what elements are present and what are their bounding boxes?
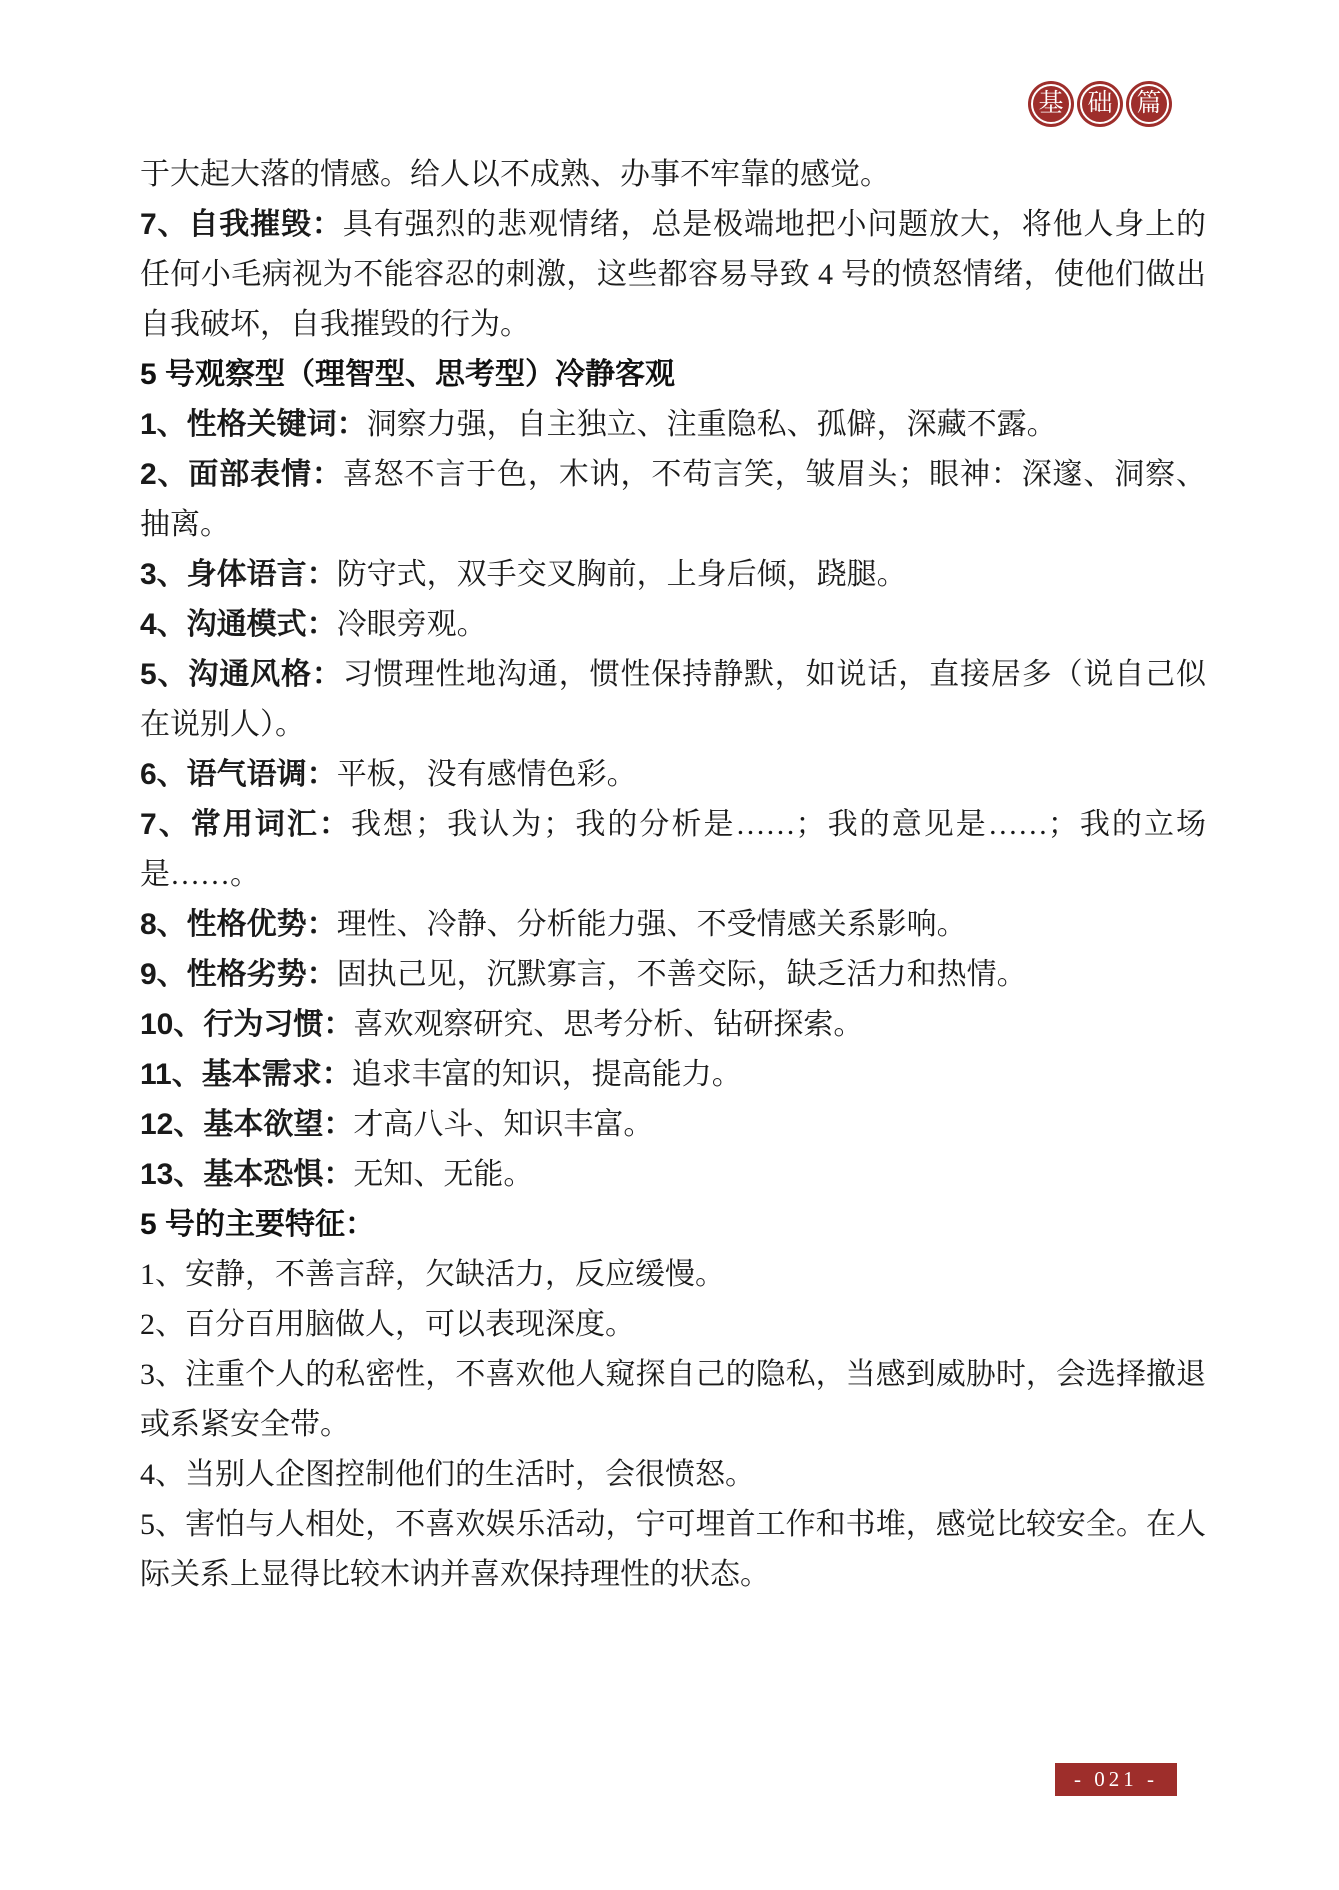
type5-item-2: 2、面部表情：喜怒不言于色，木讷，不苟言笑，皱眉头；眼神：深邃、洞察、抽离。 bbox=[140, 450, 1206, 550]
item-label: 9、性格劣势： bbox=[140, 958, 337, 991]
item-label: 5、沟通风格： bbox=[140, 658, 343, 691]
type5-item-10: 10、行为习惯：喜欢观察研究、思考分析、钻研探索。 bbox=[140, 1000, 1206, 1050]
item-label: 7、常用词汇： bbox=[140, 808, 351, 841]
item-label: 6、语气语调： bbox=[140, 758, 337, 791]
item-label: 1、性格关键词： bbox=[140, 408, 367, 441]
trait-item-1: 1、安静，不善言辞，欠缺活力，反应缓慢。 bbox=[140, 1250, 1206, 1300]
chapter-seal-char: 基 bbox=[1031, 84, 1071, 124]
type5-item-3: 3、身体语言：防守式，双手交叉胸前，上身后倾，跷腿。 bbox=[140, 550, 1206, 600]
type5-item-13: 13、基本恐惧：无知、无能。 bbox=[140, 1150, 1206, 1200]
item-text: 才高八斗、知识丰富。 bbox=[353, 1108, 653, 1141]
item-text: 喜欢观察研究、思考分析、钻研探索。 bbox=[353, 1008, 863, 1041]
item-text: 平板，没有感情色彩。 bbox=[337, 758, 637, 791]
trait-item-4: 4、当别人企图控制他们的生活时，会很愤怒。 bbox=[140, 1450, 1206, 1500]
trait-item-5: 5、害怕与人相处，不喜欢娱乐活动，宁可埋首工作和书堆，感觉比较安全。在人际关系上… bbox=[140, 1500, 1206, 1600]
type5-item-9: 9、性格劣势：固执己见，沉默寡言，不善交际，缺乏活力和热情。 bbox=[140, 950, 1206, 1000]
carryover-paragraph: 于大起大落的情感。给人以不成熟、办事不牢靠的感觉。 bbox=[140, 150, 1206, 200]
item-label: 12、基本欲望： bbox=[140, 1108, 353, 1141]
type5-item-12: 12、基本欲望：才高八斗、知识丰富。 bbox=[140, 1100, 1206, 1150]
type4-item-7: 7、自我摧毁：具有强烈的悲观情绪，总是极端地把小问题放大，将他人身上的任何小毛病… bbox=[140, 200, 1206, 350]
footer-page-number: - 021 - bbox=[1055, 1763, 1177, 1796]
item-text: 理性、冷静、分析能力强、不受情感关系影响。 bbox=[337, 908, 967, 941]
item-label: 13、基本恐惧： bbox=[140, 1158, 353, 1191]
chapter-seal-2: 础 bbox=[1077, 81, 1123, 127]
type5-item-7: 7、常用词汇：我想；我认为；我的分析是……；我的意见是……；我的立场是……。 bbox=[140, 800, 1206, 900]
item-text: 固执己见，沉默寡言，不善交际，缺乏活力和热情。 bbox=[337, 958, 1027, 991]
item-text: 无知、无能。 bbox=[353, 1158, 533, 1191]
item-text: 冷眼旁观。 bbox=[337, 608, 487, 641]
section-heading-type5: 5 号观察型（理智型、思考型）冷静客观 bbox=[140, 350, 1206, 400]
chapter-seal-char: 篇 bbox=[1129, 84, 1169, 124]
item-text: 追求丰富的知识，提高能力。 bbox=[352, 1058, 742, 1091]
item-label: 11、基本需求： bbox=[140, 1058, 352, 1091]
type5-item-8: 8、性格优势：理性、冷静、分析能力强、不受情感关系影响。 bbox=[140, 900, 1206, 950]
trait-item-3: 3、注重个人的私密性，不喜欢他人窥探自己的隐私，当感到威胁时，会选择撤退或系紧安… bbox=[140, 1350, 1206, 1450]
type5-item-6: 6、语气语调：平板，没有感情色彩。 bbox=[140, 750, 1206, 800]
item-label: 7、自我摧毁： bbox=[140, 208, 343, 241]
type5-item-1: 1、性格关键词：洞察力强，自主独立、注重隐私、孤僻，深藏不露。 bbox=[140, 400, 1206, 450]
chapter-seal-3: 篇 bbox=[1126, 81, 1172, 127]
section-heading-type5-traits: 5 号的主要特征： bbox=[140, 1200, 1206, 1250]
type5-item-11: 11、基本需求：追求丰富的知识，提高能力。 bbox=[140, 1050, 1206, 1100]
chapter-badge: 基 础 篇 bbox=[1028, 81, 1172, 127]
item-label: 2、面部表情： bbox=[140, 458, 343, 491]
trait-item-2: 2、百分百用脑做人，可以表现深度。 bbox=[140, 1300, 1206, 1350]
type5-item-4: 4、沟通模式：冷眼旁观。 bbox=[140, 600, 1206, 650]
chapter-seal-1: 基 bbox=[1028, 81, 1074, 127]
item-text: 防守式，双手交叉胸前，上身后倾，跷腿。 bbox=[337, 558, 907, 591]
item-label: 10、行为习惯： bbox=[140, 1008, 353, 1041]
item-label: 8、性格优势： bbox=[140, 908, 337, 941]
chapter-seal-char: 础 bbox=[1080, 84, 1120, 124]
type5-item-5: 5、沟通风格：习惯理性地沟通，惯性保持静默，如说话，直接居多（说自己似在说别人）… bbox=[140, 650, 1206, 750]
page-content: 于大起大落的情感。给人以不成熟、办事不牢靠的感觉。 7、自我摧毁：具有强烈的悲观… bbox=[140, 150, 1206, 1600]
item-label: 4、沟通模式： bbox=[140, 608, 337, 641]
item-text: 洞察力强，自主独立、注重隐私、孤僻，深藏不露。 bbox=[367, 408, 1057, 441]
book-page: 基 础 篇 于大起大落的情感。给人以不成熟、办事不牢靠的感觉。 7、自我摧毁：具… bbox=[0, 0, 1339, 1890]
item-label: 3、身体语言： bbox=[140, 558, 337, 591]
